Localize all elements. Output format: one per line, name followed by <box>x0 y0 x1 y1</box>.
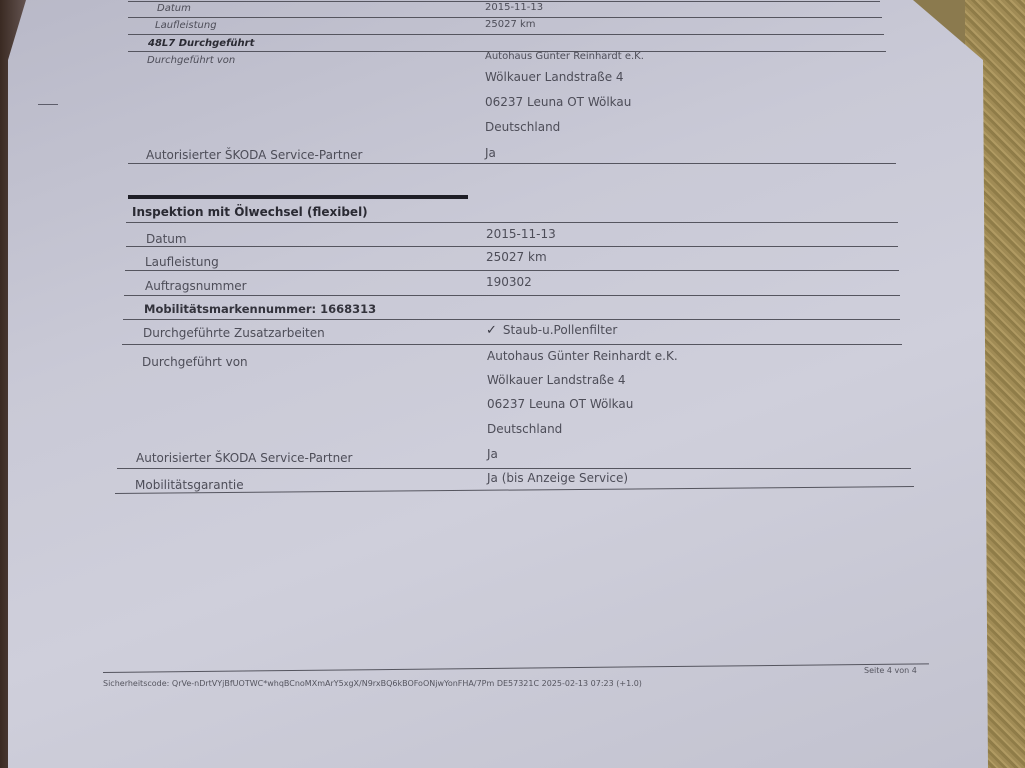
prev-date-label: Datum <box>157 3 191 14</box>
inspection-mileage-label: Laufleistung <box>145 255 219 269</box>
row-divider <box>124 295 900 296</box>
additional-work-value-wrap: ✓Staub-u.Pollenfilter <box>486 323 617 338</box>
footer-divider <box>103 663 929 673</box>
authorized-partner-label: Autorisierter ŠKODA Service-Partner <box>136 451 353 465</box>
checkmark-icon: ✓ <box>486 323 497 338</box>
mobility-number: Mobilitätsmarkennummer: 1668313 <box>144 302 376 316</box>
prev-date-value: 2015-11-13 <box>485 2 543 13</box>
prev-performed-by-label: Durchgeführt von <box>147 55 235 66</box>
prev-dealer-country: Deutschland <box>485 120 560 134</box>
inspection-title: Inspektion mit Ölwechsel (flexibel) <box>132 205 368 219</box>
row-divider <box>128 34 884 35</box>
row-divider <box>126 246 898 247</box>
section-heading-bar <box>128 195 468 199</box>
order-number-value: 190302 <box>486 275 532 289</box>
prev-dealer-city: 06237 Leuna OT Wölkau <box>485 95 631 109</box>
service-document: Datum 2015-11-13 Laufleistung 25027 km 4… <box>0 0 1025 768</box>
row-divider <box>117 468 911 469</box>
mobility-guarantee-value: Ja (bis Anzeige Service) <box>487 471 628 485</box>
additional-work-label: Durchgeführte Zusatzarbeiten <box>143 326 325 340</box>
row-divider <box>123 319 900 320</box>
page-number: Seite 4 von 4 <box>864 666 917 675</box>
inspection-mileage-value: 25027 km <box>486 250 547 264</box>
prev-dealer-name: Autohaus Günter Reinhardt e.K. <box>485 51 644 62</box>
prev-mileage-value: 25027 km <box>485 19 536 30</box>
row-divider <box>126 222 898 223</box>
prev-authorized-partner-label: Autorisierter ŠKODA Service-Partner <box>146 148 363 162</box>
dealer-city: 06237 Leuna OT Wölkau <box>487 397 633 411</box>
additional-work-value: Staub-u.Pollenfilter <box>503 323 617 337</box>
prev-mileage-label: Laufleistung <box>155 20 217 31</box>
prev-subheading: 48L7 Durchgeführt <box>148 38 254 49</box>
row-divider <box>128 163 896 164</box>
security-code: Sicherheitscode: QrVe-nDrtVYjBfUOTWC*whq… <box>103 679 642 688</box>
dealer-country: Deutschland <box>487 422 562 436</box>
prev-authorized-partner-value: Ja <box>485 146 496 160</box>
mobility-guarantee-label: Mobilitätsgarantie <box>135 478 244 492</box>
order-number-label: Auftragsnummer <box>145 279 247 293</box>
performed-by-label: Durchgeführt von <box>142 355 248 369</box>
row-divider <box>125 270 899 271</box>
dealer-street: Wölkauer Landstraße 4 <box>487 373 626 387</box>
inspection-date-label: Datum <box>146 232 187 246</box>
inspection-date-value: 2015-11-13 <box>486 227 556 241</box>
row-divider <box>122 344 902 345</box>
margin-mark <box>38 104 58 105</box>
row-divider <box>128 17 882 18</box>
dealer-name: Autohaus Günter Reinhardt e.K. <box>487 349 678 363</box>
prev-dealer-street: Wölkauer Landstraße 4 <box>485 70 624 84</box>
authorized-partner-value: Ja <box>487 447 498 461</box>
